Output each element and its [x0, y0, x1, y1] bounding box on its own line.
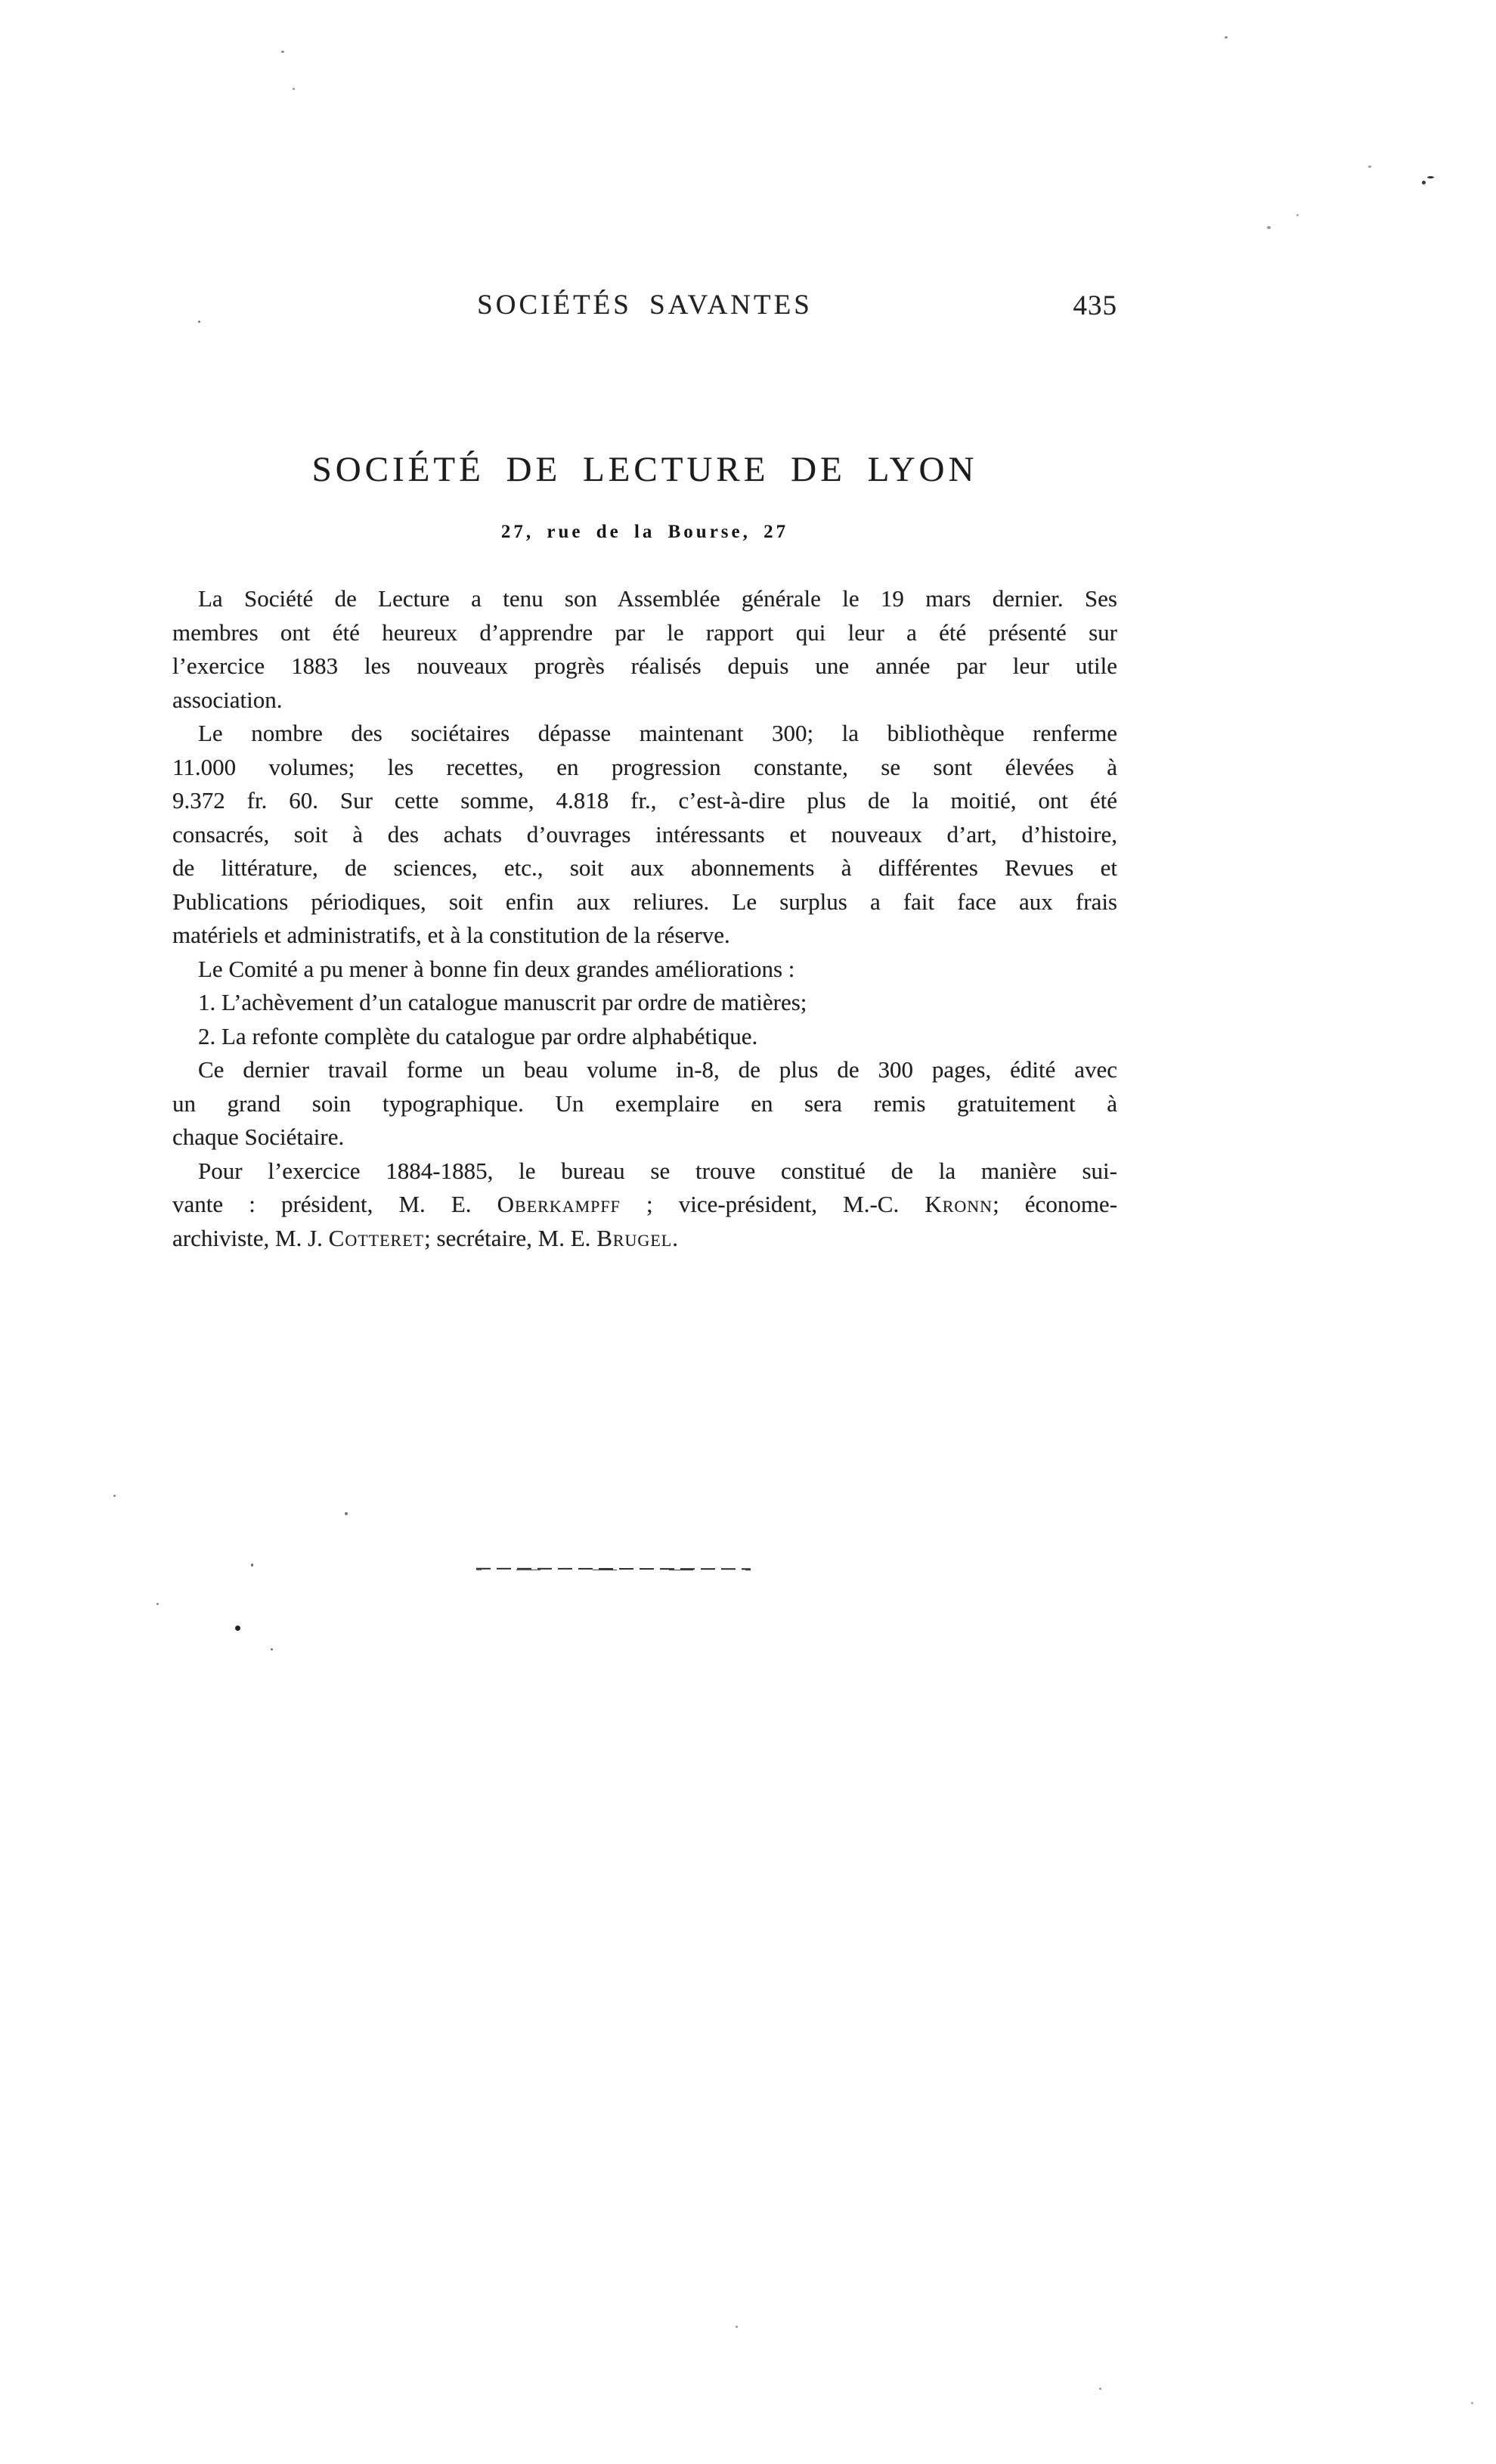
text-line: Le nombre des sociétaires dépasse mainte…: [172, 717, 1117, 751]
text-line: matériels et administratifs, et à la con…: [172, 919, 1117, 953]
text-line: chaque Sociétaire.: [172, 1120, 1117, 1155]
text-segment: Publications périodiques, soit enfin aux…: [172, 888, 1117, 915]
running-header: SOCIÉTÉS SAVANTES 435: [172, 289, 1117, 324]
text-segment: .: [672, 1225, 678, 1251]
scan-speck: [1225, 36, 1228, 39]
scanned-page: SOCIÉTÉS SAVANTES 435 SOCIÉTÉ DE LECTURE…: [0, 0, 1496, 2464]
text-line: 2. La refonte complète du catalogue par …: [172, 1020, 1117, 1054]
text-line: Publications périodiques, soit enfin aux…: [172, 885, 1117, 919]
scan-speck: [1296, 214, 1299, 216]
text-segment: 11.000 volumes; les recettes, en progres…: [172, 754, 1117, 780]
text-segment: ; secrétaire, M. E.: [424, 1225, 596, 1251]
text-line: consacrés, soit à des achats d’ouvrages …: [172, 818, 1117, 852]
text-segment: Pour l’exercice 1884-1885, le bureau se …: [198, 1158, 1117, 1184]
text-line: vante : président, M. E. Oberkampff ; vi…: [172, 1188, 1117, 1222]
scan-speck: [198, 321, 200, 323]
scan-speck: [1471, 2402, 1473, 2404]
scan-speck: [235, 1626, 240, 1631]
person-name: Brugel: [596, 1225, 672, 1251]
text-line: Le Comité a pu mener à bonne fin deux gr…: [172, 953, 1117, 987]
scan-speck: [1422, 181, 1426, 184]
scan-speck: [251, 1564, 253, 1567]
section-divider: [476, 1568, 751, 1571]
text-line: 1. L’achèvement d’un catalogue manuscrit…: [172, 986, 1117, 1020]
text-segment: Le Comité a pu mener à bonne fin deux gr…: [198, 956, 794, 982]
text-segment: La Société de Lecture a tenu son Assembl…: [198, 585, 1117, 612]
scan-speck: [156, 1603, 159, 1605]
text-line: membres ont été heureux d’apprendre par …: [172, 616, 1117, 650]
scan-speck: [271, 1648, 273, 1650]
scan-speck: [345, 1512, 348, 1515]
page-number: 435: [1073, 290, 1118, 322]
text-segment: membres ont été heureux d’apprendre par …: [172, 619, 1117, 646]
scan-speck: [281, 51, 284, 53]
text-line: association.: [172, 683, 1117, 718]
running-header-title: SOCIÉTÉS SAVANTES: [172, 289, 1117, 321]
scan-speck: [736, 2326, 738, 2328]
scan-speck: [1368, 166, 1371, 168]
person-name: Oberkampff: [497, 1191, 621, 1217]
scan-speck: [1427, 176, 1434, 178]
scan-speck: [1267, 226, 1271, 229]
article-body: La Société de Lecture a tenu son Assembl…: [172, 582, 1117, 1255]
text-segment: un grand soin typographique. Un exemplai…: [172, 1090, 1117, 1117]
text-segment: chaque Sociétaire.: [172, 1124, 344, 1150]
text-segment: 2. La refonte complète du catalogue par …: [198, 1023, 757, 1049]
text-segment: Le nombre des sociétaires dépasse mainte…: [198, 720, 1117, 746]
person-name: Kronn: [925, 1191, 993, 1217]
text-line: 11.000 volumes; les recettes, en progres…: [172, 751, 1117, 785]
text-segment: matériels et administratifs, et à la con…: [172, 922, 730, 948]
text-line: Ce dernier travail forme un beau volume …: [172, 1053, 1117, 1087]
text-segment: ; vice-président, M.-C.: [621, 1191, 925, 1217]
scan-speck: [1099, 2388, 1101, 2390]
text-segment: 1. L’achèvement d’un catalogue manuscrit…: [198, 989, 807, 1015]
text-line: un grand soin typographique. Un exemplai…: [172, 1087, 1117, 1121]
text-segment: vante : président, M. E.: [172, 1191, 497, 1217]
text-line: archiviste, M. J. Cotteret; secrétaire, …: [172, 1222, 1117, 1256]
article-address: 27, rue de la Bourse, 27: [172, 522, 1117, 543]
text-segment: association.: [172, 687, 283, 713]
text-segment: ; économe-: [993, 1191, 1117, 1217]
text-segment: de littérature, de sciences, etc., soit …: [172, 854, 1117, 881]
text-segment: l’exercice 1883 les nouveaux progrès réa…: [172, 652, 1117, 679]
text-line: 9.372 fr. 60. Sur cette somme, 4.818 fr.…: [172, 784, 1117, 818]
scan-speck: [113, 1495, 116, 1497]
article-title: SOCIÉTÉ DE LECTURE DE LYON: [172, 449, 1117, 490]
person-name: Cotteret: [329, 1225, 424, 1251]
scan-speck: [293, 88, 295, 90]
text-line: l’exercice 1883 les nouveaux progrès réa…: [172, 649, 1117, 683]
text-segment: consacrés, soit à des achats d’ouvrages …: [172, 821, 1117, 848]
text-segment: 9.372 fr. 60. Sur cette somme, 4.818 fr.…: [172, 787, 1117, 814]
text-line: La Société de Lecture a tenu son Assembl…: [172, 582, 1117, 616]
text-line: Pour l’exercice 1884-1885, le bureau se …: [172, 1155, 1117, 1189]
text-line: de littérature, de sciences, etc., soit …: [172, 851, 1117, 885]
text-segment: archiviste, M. J.: [172, 1225, 329, 1251]
text-segment: Ce dernier travail forme un beau volume …: [198, 1056, 1117, 1083]
